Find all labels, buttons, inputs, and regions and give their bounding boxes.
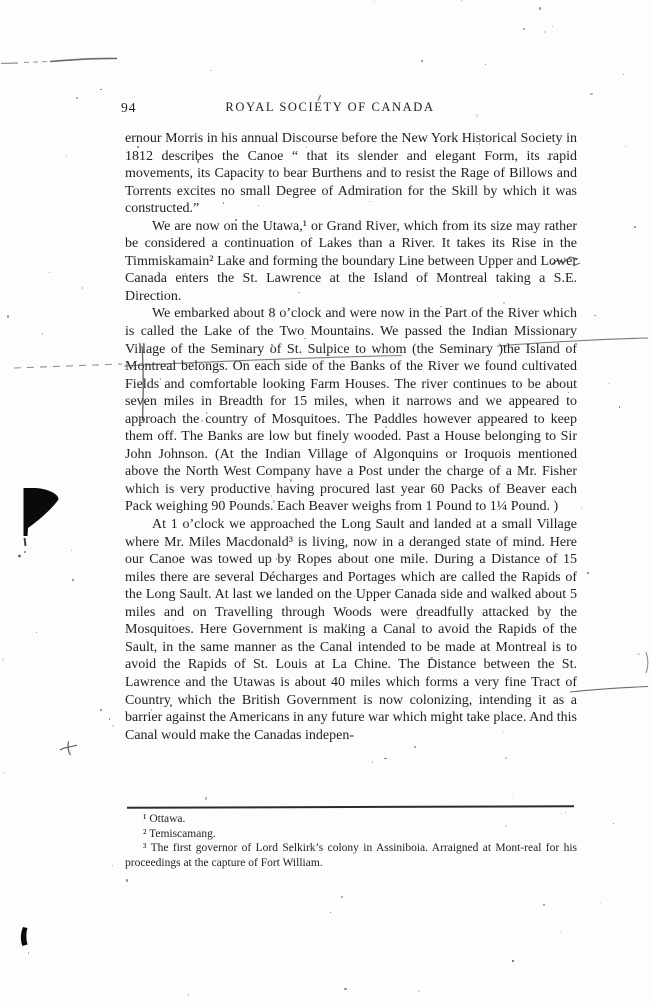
ink-mark-bottom-left [21,927,28,946]
page-header: 94 ROYAL SOCIETY OF CANADA [0,100,651,120]
pencil-dashed-line-left-margin [14,364,122,368]
paragraph: ernour Morris in his annual Discourse be… [125,130,577,218]
footnote: ¹ Ottawa. [125,812,577,827]
paragraph: We are now on the Utawa,¹ or Grand River… [125,218,577,306]
paragraph: At 1 o’clock we approached the Long Saul… [125,516,577,744]
pencil-line-sault-in [570,687,648,693]
footnote-separator-rule [127,805,574,809]
paragraph: We embarked about 8 o’clock and were now… [125,305,577,516]
ink-blob-left-margin [18,488,58,557]
pencil-cross-left-margin [60,742,77,756]
running-title: ROYAL SOCIETY OF CANADA [225,100,434,115]
footnotes: ¹ Ottawa.² Temiscamang.³ The first gover… [125,812,577,870]
body-text: ernour Morris in his annual Discourse be… [125,130,577,744]
scanned-book-page: 94 ROYAL SOCIETY OF CANADA ernour Morris… [0,0,651,1007]
footnote: ² Temiscamang. [125,827,577,842]
pencil-line-top-left [1,58,117,63]
footnote: ³ The first governor of Lord Selkirk’s c… [125,841,577,870]
page-number: 94 [121,100,137,116]
paren-mark-right-edge [646,652,648,673]
